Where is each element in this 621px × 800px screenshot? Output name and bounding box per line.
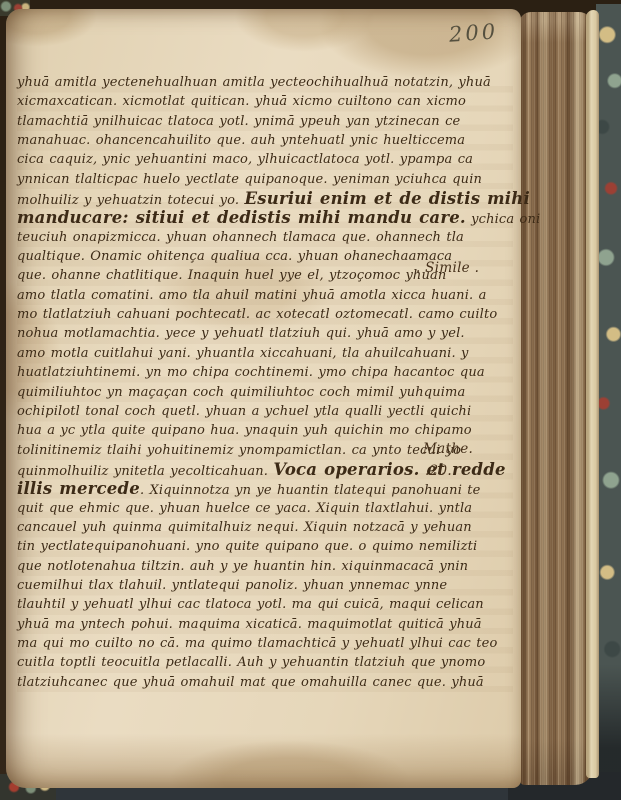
nahuatl-text-segment: tlatziuhcanec que yhuā omahuil mat que o… — [17, 675, 484, 690]
text-line: manahuac. ohancencahuilito que. auh ynte… — [17, 131, 513, 150]
nahuatl-text-segment: ochipilotl tonal coch quetl. yhuan a ych… — [17, 404, 471, 419]
text-line: huatlatziuhtinemi. yn mo chipa cochtinem… — [17, 363, 513, 382]
text-line: cica caquiz, ynic yehuantini maco, ylhui… — [17, 150, 513, 169]
text-line: nohua motlamachtia. yece y yehuatl tlatz… — [17, 324, 513, 343]
nahuatl-text-segment: tlamachtiā ynilhuicac tlatoca yotl. ynim… — [17, 114, 460, 129]
nahuatl-text-segment: yhuā amitla yectenehualhuan amitla yecte… — [17, 75, 491, 90]
nahuatl-text-segment: molhuiliz y yehuatzin totecui yo. — [17, 193, 244, 208]
latin-quote-segment: illis mercede — [17, 479, 140, 498]
text-line: illis mercede. Xiquinnotza yn ye huantin… — [17, 479, 513, 498]
nahuatl-text-segment: quinmolhuiliz ynitetla yecolticahuan. — [17, 464, 273, 479]
text-line: cuemilhui tlax tlahuil. yntlatequi panol… — [17, 576, 513, 595]
text-line: molhuiliz y yehuatzin totecui yo. Esuriu… — [17, 189, 513, 208]
outer-leaf-edge — [586, 10, 599, 778]
book-fore-edge — [519, 12, 593, 785]
nahuatl-text-segment: ynnican tlalticpac huelo yectlate quipan… — [17, 172, 482, 187]
text-line: ochipilotl tonal coch quetl. yhuan a ych… — [17, 402, 513, 421]
text-line: ynnican tlalticpac huelo yectlate quipan… — [17, 170, 513, 189]
nahuatl-text-segment: xicmaxcatican. xicmotlat quitican. yhuā … — [17, 94, 466, 109]
nahuatl-text-segment: que notlotenahua tiltzin. auh y ye huant… — [17, 559, 468, 574]
text-line: ma qui mo cuilto no cā. ma quimo tlamach… — [17, 634, 513, 653]
margin-note-mathe: Mathe. — [423, 441, 473, 457]
text-line: quit que ehmic que. yhuan huelce ce yaca… — [17, 499, 513, 518]
text-line: amo tlatla comatini. amo tla ahuil matin… — [17, 286, 513, 305]
nahuatl-text-segment: amo motla cuitlahui yani. yhuantla xicca… — [17, 346, 469, 361]
nahuatl-text-segment: . Xiquinnotza yn ye huantin tlatequi pan… — [140, 483, 481, 498]
nahuatl-text-segment: huatlatziuhtinemi. yn mo chipa cochtinem… — [17, 365, 485, 380]
nahuatl-text-segment: tin yectlatequipanohuani. yno quite quip… — [17, 539, 477, 554]
text-line: cancauel yuh quinma quimitalhuiz nequi. … — [17, 518, 513, 537]
nahuatl-text-segment: cuitla toptli teocuitla petlacalli. Auh … — [17, 655, 485, 670]
nahuatl-text-segment: que. ohanne chatlitique. Inaquin huel yy… — [17, 268, 446, 283]
nahuatl-text-segment: ychica oni — [466, 212, 540, 227]
text-line: quimiliuhtoc yn maçaçan coch quimiliuhto… — [17, 383, 513, 402]
text-line: que notlotenahua tiltzin. auh y ye huant… — [17, 557, 513, 576]
text-line: tlauhtil y yehuatl ylhui cac tlatoca yot… — [17, 595, 513, 614]
text-line: mo tlatlatziuh cahuani pochtecatl. ac xo… — [17, 305, 513, 324]
page-number: 200 — [448, 19, 499, 46]
margin-note-simile: . Simile . — [416, 260, 479, 276]
nahuatl-text-segment: cuemilhui tlax tlahuil. yntlatequi panol… — [17, 578, 447, 593]
text-line: teuciuh onapizmicca. yhuan ohannech tlam… — [17, 228, 513, 247]
text-line: hua a yc ytla quite quipano hua. ynaquin… — [17, 421, 513, 440]
text-line: tlamachtiā ynilhuicac tlatoca yotl. ynim… — [17, 112, 513, 131]
text-line: amo motla cuitlahui yani. yhuantla xicca… — [17, 344, 513, 363]
nahuatl-text-segment: teuciuh onapizmicca. yhuan ohannech tlam… — [17, 230, 464, 245]
text-line: tin yectlatequipanohuani. yno quite quip… — [17, 537, 513, 556]
latin-quote-segment: Esuriui enim et de distis mihi — [244, 189, 529, 208]
manuscript-text: yhuā amitla yectenehualhuan amitla yecte… — [17, 73, 513, 692]
text-line: yhuā ma yntech pohui. maquima xicaticā. … — [17, 615, 513, 634]
text-line: yhuā amitla yectenehualhuan amitla yecte… — [17, 73, 513, 92]
text-line: xicmaxcatican. xicmotlat quitican. yhuā … — [17, 92, 513, 111]
nahuatl-text-segment: cica caquiz, ynic yehuantini maco, ylhui… — [17, 152, 473, 167]
nahuatl-text-segment: ma qui mo cuilto no cā. ma quimo tlamach… — [17, 636, 497, 651]
marbled-endpaper — [596, 4, 621, 772]
nahuatl-text-segment: quit que ehmic que. yhuan huelce ce yaca… — [17, 501, 472, 516]
nahuatl-text-segment: yhuā ma yntech pohui. maquima xicaticā. … — [17, 617, 482, 632]
manuscript-page: 200 yhuā amitla yectenehualhuan amitla y… — [6, 9, 521, 788]
latin-quote-segment: manducare: sitiui et dedistis mihi mandu… — [17, 208, 466, 227]
book-photo: 200 yhuā amitla yectenehualhuan amitla y… — [0, 0, 621, 800]
text-line: manducare: sitiui et dedistis mihi mandu… — [17, 208, 513, 227]
nahuatl-text-segment: tolinitinemiz tlaihi yohuitinemiz ynompa… — [17, 443, 461, 458]
nahuatl-text-segment: quimiliuhtoc yn maçaçan coch quimiliuhto… — [17, 385, 465, 400]
nahuatl-text-segment: nohua motlamachtia. yece y yehuatl tlatz… — [17, 326, 465, 341]
latin-quote-segment: Voca operarios. et redde — [273, 460, 505, 479]
nahuatl-text-segment: amo tlatla comatini. amo tla ahuil matin… — [17, 288, 486, 303]
nahuatl-text-segment: mo tlatlatziuh cahuani pochtecatl. ac xo… — [17, 307, 497, 322]
text-line: cuitla toptli teocuitla petlacalli. Auh … — [17, 653, 513, 672]
nahuatl-text-segment: qualtique. Onamic ohitença qualiua cca. … — [17, 249, 452, 264]
nahuatl-text-segment: manahuac. ohancencahuilito que. auh ynte… — [17, 133, 465, 148]
text-line: tlatziuhcanec que yhuā omahuil mat que o… — [17, 673, 513, 692]
margin-note-chapter: .20. — [425, 463, 452, 479]
nahuatl-text-segment: cancauel yuh quinma quimitalhuiz nequi. … — [17, 520, 472, 535]
nahuatl-text-segment: hua a yc ytla quite quipano hua. ynaquin… — [17, 423, 472, 438]
nahuatl-text-segment: tlauhtil y yehuatl ylhui cac tlatoca yot… — [17, 597, 484, 612]
